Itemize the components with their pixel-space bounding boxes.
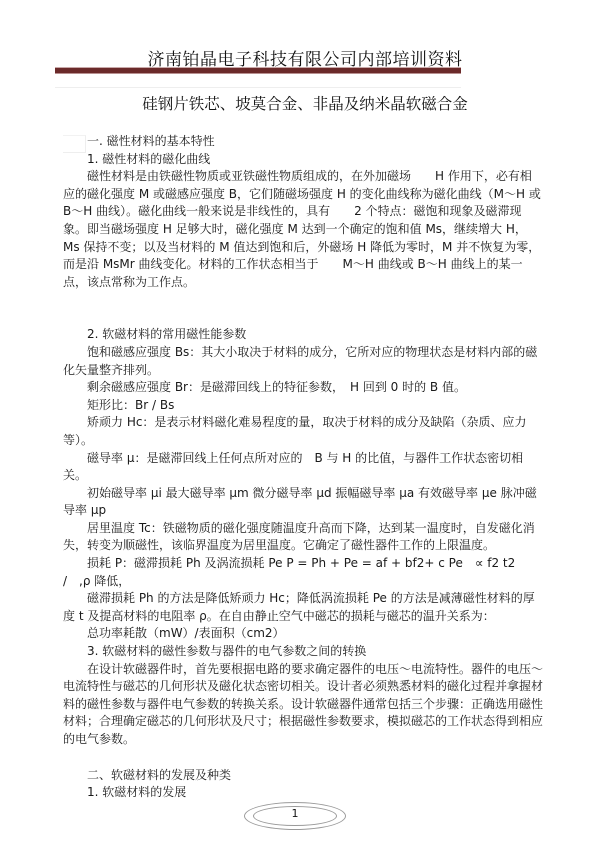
br-paragraph: 剩余磁感应强度 Br：是磁滞回线上的特征参数， H 回到 0 时的 B 值。 bbox=[63, 379, 543, 397]
header-divider-thin bbox=[55, 87, 461, 88]
document-body: 一. 磁性材料的基本特性 1. 磁性材料的磁化曲线 磁性材料是由铁磁性物质或亚铁… bbox=[63, 133, 543, 802]
page-number-badge: 1 bbox=[244, 802, 356, 836]
section1-sub1-heading: 1. 磁性材料的磁化曲线 bbox=[63, 151, 543, 169]
loss-paragraph: 损耗 P：磁滞损耗 Ph 及涡流损耗 Pe P = Ph + Pe = af +… bbox=[63, 555, 543, 590]
section1-sub3-heading: 3. 软磁材料的磁性参数与器件的电气参数之间的转换 bbox=[63, 643, 543, 661]
tc-paragraph: 居里温度 Tc：铁磁物质的磁化强度随温度升高而下降，达到某一温度时，自发磁化消失… bbox=[63, 520, 543, 555]
section1-heading: 一. 磁性材料的基本特性 bbox=[63, 133, 543, 151]
bs-paragraph: 饱和磁感应强度 Bs：其大小取决于材料的成分，它所对应的物理状态是材料内部的磁化… bbox=[63, 344, 543, 379]
hc-paragraph: 矫顽力 Hc：是表示材料磁化难易程度的量，取决于材料的成分及缺陷（杂质、应力等）… bbox=[63, 414, 543, 449]
squareness-paragraph: 矩形比：Br / Bs bbox=[63, 397, 543, 415]
power-formula: 总功率耗散（mW）/表面积（cm2） bbox=[63, 625, 543, 643]
mu-paragraph: 磁导率 μ：是磁滞回线上任何点所对应的 B 与 H 的比值，与器件工作状态密切相… bbox=[63, 450, 543, 485]
page-number: 1 bbox=[244, 807, 346, 820]
conversion-paragraph: 在设计软磁器件时，首先要根据电路的要求确定器件的电压～电流特性。器件的电压～电流… bbox=[63, 661, 543, 749]
section2-heading: 二、软磁材料的发展及种类 bbox=[63, 767, 543, 785]
loss-detail-paragraph: 磁滞损耗 Ph 的方法是降低矫顽力 Hc；降低涡流损耗 Pe 的方法是减薄磁性材… bbox=[63, 590, 543, 625]
section2-sub1-heading: 1. 软磁材料的发展 bbox=[63, 784, 543, 802]
header-divider bbox=[55, 67, 461, 74]
magnetization-curve-paragraph: 磁性材料是由铁磁性物质或亚铁磁性物质组成的，在外加磁场 H 作用下，必有相应的磁… bbox=[63, 168, 543, 291]
document-title: 硅钢片铁芯、坡莫合金、非晶及纳米晶软磁合金 bbox=[0, 92, 600, 114]
section1-sub2-heading: 2. 软磁材料的常用磁性能参数 bbox=[63, 326, 543, 344]
mu-types-paragraph: 初始磁导率 μi 最大磁导率 μm 微分磁导率 μd 振幅磁导率 μa 有效磁导… bbox=[63, 485, 543, 520]
